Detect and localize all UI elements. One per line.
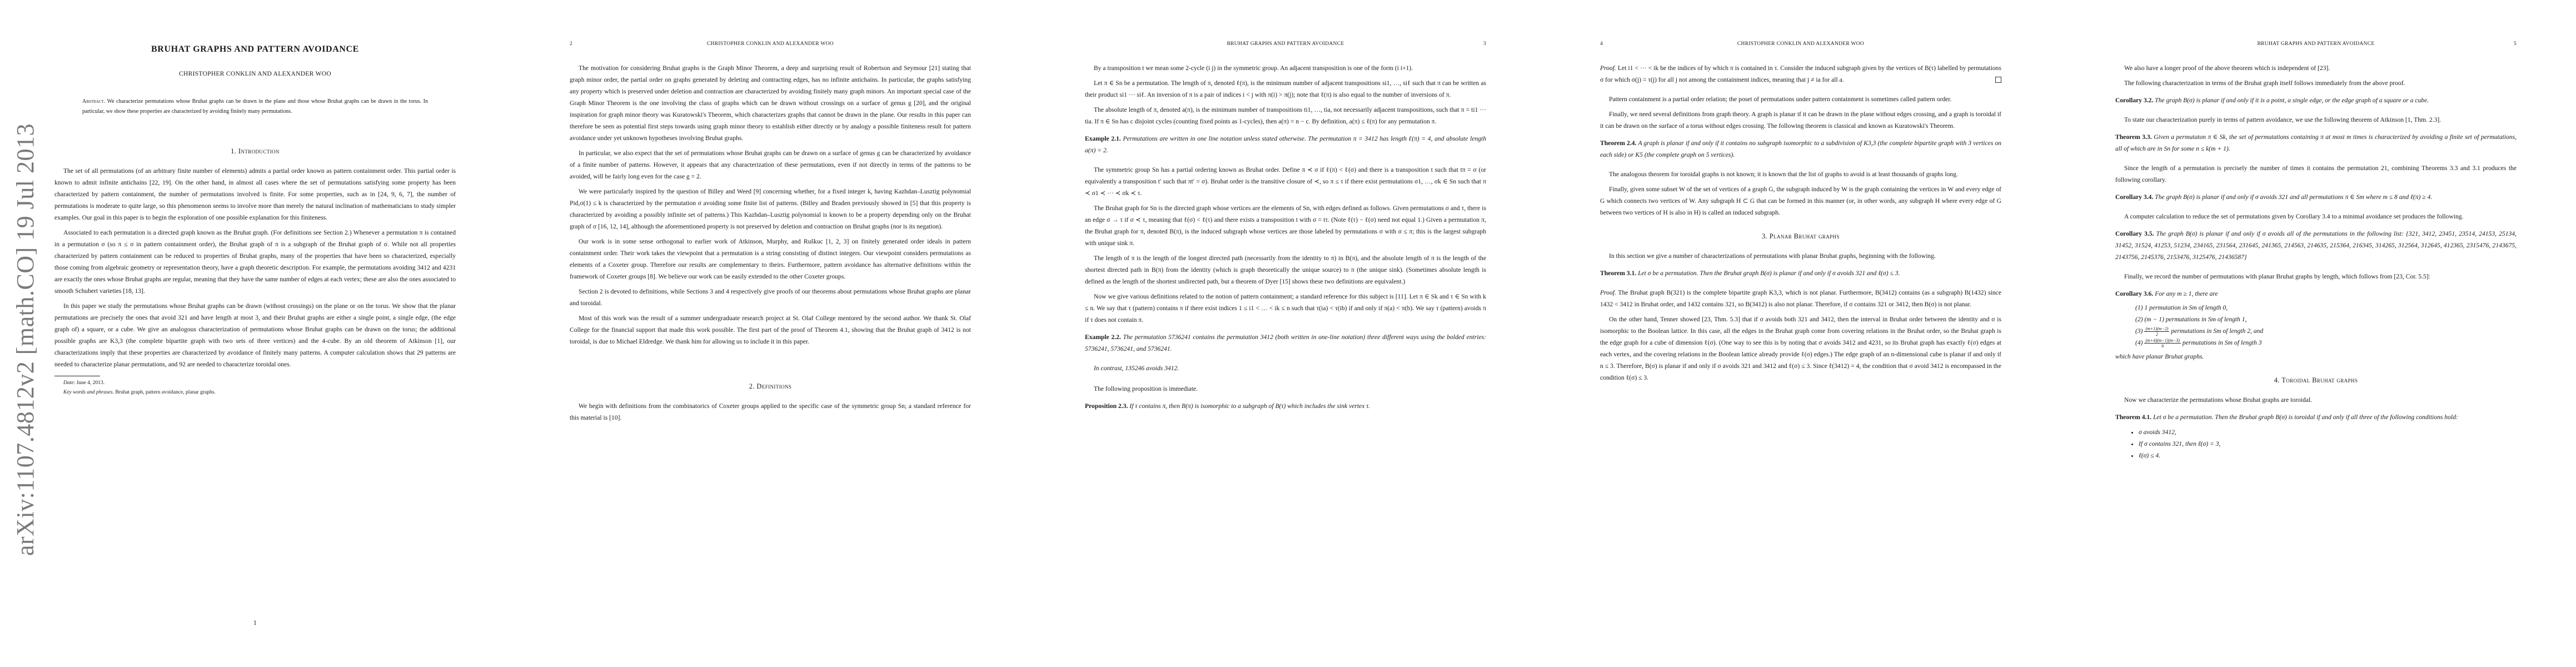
running-head: 4 CHRISTOPHER CONKLIN AND ALEXANDER WOO [1600, 41, 2001, 52]
list-item: (3) (m+1)(m−2)2 permutations in Sm of le… [2135, 325, 2517, 337]
text-column: By a transposition t we mean some 2-cycl… [1085, 62, 1486, 420]
paragraph: Finally, given some subset W of the set … [1600, 183, 2001, 218]
abstract-text: We characterize permutations whose Bruha… [82, 98, 428, 115]
list-item: ℓ(σ) ≤ 4. [2139, 450, 2517, 461]
abstract-label: Abstract. [82, 98, 105, 104]
corollary-3-5: Corollary 3.5. The graph B(σ) is planar … [2115, 228, 2517, 263]
paragraph: The absolute length of π, denoted a(π), … [1085, 104, 1486, 127]
qed-square-icon [1995, 77, 2001, 83]
paragraph: By a transposition t we mean some 2-cycl… [1085, 62, 1486, 74]
paragraph: A computer calculation to reduce the set… [2115, 211, 2517, 222]
text-column: The motivation for considering Bruhat gr… [570, 62, 971, 427]
page-number: 5 [2514, 41, 2517, 47]
footnote-rule [54, 376, 100, 376]
paper-authors: CHRISTOPHER CONKLIN AND ALEXANDER WOO [54, 68, 456, 80]
paragraph: The length of π is the length of the lon… [1085, 252, 1486, 287]
page-4: 4 CHRISTOPHER CONKLIN AND ALEXANDER WOO … [1546, 0, 2061, 667]
list-item: (1) 1 permutation in Sm of length 0, [2135, 302, 2517, 313]
theorem-3-1: Theorem 3.1. Let σ be a permutation. The… [1600, 267, 2001, 279]
paragraph: Finally, we need several definitions fro… [1600, 108, 2001, 132]
proposition-2-3: Proposition 2.3. If τ contains π, then B… [1085, 400, 1486, 412]
page-3: BRUHAT GRAPHS AND PATTERN AVOIDANCE 3 By… [1030, 0, 1546, 667]
paragraph: The Bruhat graph for Sn is the directed … [1085, 202, 1486, 249]
paragraph: Section 2 is devoted to definitions, whi… [570, 286, 971, 309]
running-head: BRUHAT GRAPHS AND PATTERN AVOIDANCE 5 [2115, 41, 2517, 52]
text-column: Proof. Let i1 < ··· < ik be the indices … [1600, 62, 2001, 387]
section-heading-planar: 3. Planar Bruhat graphs [1600, 231, 2001, 242]
enumerated-list: (1) 1 permutation in Sm of length 0, (2)… [2126, 302, 2517, 349]
theorem-2-4: Theorem 2.4. A graph is planar if and on… [1600, 137, 2001, 161]
abstract: Abstract. We characterize permutations w… [82, 97, 428, 117]
running-title: CHRISTOPHER CONKLIN AND ALEXANDER WOO [570, 41, 971, 47]
text-column: We also have a longer proof of the above… [2115, 62, 2517, 465]
paragraph: We begin with definitions from the combi… [570, 400, 971, 424]
page-number: 3 [1483, 41, 1486, 47]
paragraph: The following characterization in terms … [2115, 77, 2517, 89]
list-item: If σ contains 321, then ℓ(σ) = 3, [2139, 438, 2517, 450]
corollary-3-6: Corollary 3.6. For any m ≥ 1, there are [2115, 288, 2517, 300]
paragraph: On the other hand, Tenner showed [23, Th… [1600, 313, 2001, 384]
paragraph: Finally, we record the number of permuta… [2115, 271, 2517, 282]
footnote-date: Date: June 4, 2013. [54, 379, 456, 388]
paragraph: We also have a longer proof of the above… [2115, 62, 2517, 74]
list-item: (4) (m+4)(m−1)(m−3)6 permutations in Sm … [2135, 337, 2517, 349]
paragraph: Since the length of a permutation is pre… [2115, 162, 2517, 186]
running-title: CHRISTOPHER CONKLIN AND ALEXANDER WOO [1600, 41, 2001, 47]
paragraph: Associated to each permutation is a dire… [54, 227, 456, 297]
theorem-4-1: Theorem 4.1. Let σ be a permutation. The… [2115, 411, 2517, 423]
bullet-list: σ avoids 3412, If σ contains 321, then ℓ… [2131, 426, 2517, 461]
page-2: 2 CHRISTOPHER CONKLIN AND ALEXANDER WOO … [515, 0, 1030, 667]
paper-title: BRUHAT GRAPHS AND PATTERN AVOIDANCE [54, 43, 456, 55]
paragraph: The analogous theorem for toroidal graph… [1600, 168, 2001, 180]
fraction: (m+4)(m−1)(m−3)6 [2144, 338, 2181, 349]
running-title: BRUHAT GRAPHS AND PATTERN AVOIDANCE [2115, 41, 2517, 47]
proof: Proof. Let i1 < ··· < ik be the indices … [1600, 62, 2001, 86]
page-1: BRUHAT GRAPHS AND PATTERN AVOIDANCE CHRI… [0, 0, 515, 667]
page-5: BRUHAT GRAPHS AND PATTERN AVOIDANCE 5 We… [2061, 0, 2576, 667]
paragraph: Our work is in some sense orthogonal to … [570, 236, 971, 282]
list-item: σ avoids 3412, [2139, 426, 2517, 438]
paragraph: Let π ∈ Sn be a permutation. The length … [1085, 77, 1486, 101]
list-item: (2) (m − 1) permutations in Sm of length… [2135, 313, 2517, 325]
footnote-keywords: Key words and phrases. Bruhat graph, pat… [54, 388, 456, 397]
fraction: (m+1)(m−2)2 [2144, 326, 2169, 337]
paragraph: The symmetric group Sn has a partial ord… [1085, 164, 1486, 199]
running-title: BRUHAT GRAPHS AND PATTERN AVOIDANCE [1085, 41, 1486, 47]
paragraph: The following proposition is immediate. [1085, 383, 1486, 395]
paragraph: Now we characterize the permutations who… [2115, 394, 2517, 406]
section-heading-definitions: 2. Definitions [570, 381, 971, 392]
paragraph: Most of this work was the result of a su… [570, 312, 971, 347]
paragraph: We were particularly inspired by the que… [570, 186, 971, 232]
running-head: BRUHAT GRAPHS AND PATTERN AVOIDANCE 3 [1085, 41, 1486, 52]
paragraph: Pattern containment is a partial order r… [1600, 93, 2001, 105]
paragraph: The set of all permutations (of an arbit… [54, 165, 456, 223]
example-2-1: Example 2.1. Permutations are written in… [1085, 133, 1486, 156]
theorem-3-3: Theorem 3.3. Given a permutaton π ∈ Sk, … [2115, 131, 2517, 155]
corollary-3-4: Corollary 3.4. The graph B(σ) is planar … [2115, 191, 2517, 203]
paragraph: In this section we give a number of char… [1600, 250, 2001, 262]
corollary-outro: which have planar Bruhat graphs. [2115, 351, 2517, 362]
paragraph: To state our characterization purely in … [2115, 114, 2517, 126]
proof-3-1: Proof. The Bruhat graph B(321) is the co… [1600, 287, 2001, 310]
section-heading-introduction: 1. Introduction [54, 146, 456, 157]
paragraph: In particular, we also expect that the s… [570, 147, 971, 182]
corollary-3-2: Corollary 3.2. The graph B(σ) is planar … [2115, 94, 2517, 106]
paragraph: The motivation for considering Bruhat gr… [570, 62, 971, 144]
section-heading-toroidal: 4. Toroidal Bruhat graphs [2115, 375, 2517, 386]
paragraph: In this paper we study the permutations … [54, 300, 456, 370]
running-head: 2 CHRISTOPHER CONKLIN AND ALEXANDER WOO [570, 41, 971, 52]
paragraph: Now we give various definitions related … [1085, 291, 1486, 326]
page-number: 1 [54, 620, 456, 626]
example-contrast: In contrast, 135246 avoids 3412. [1085, 362, 1486, 374]
example-2-2: Example 2.2. The permutation 5736241 con… [1085, 331, 1486, 355]
